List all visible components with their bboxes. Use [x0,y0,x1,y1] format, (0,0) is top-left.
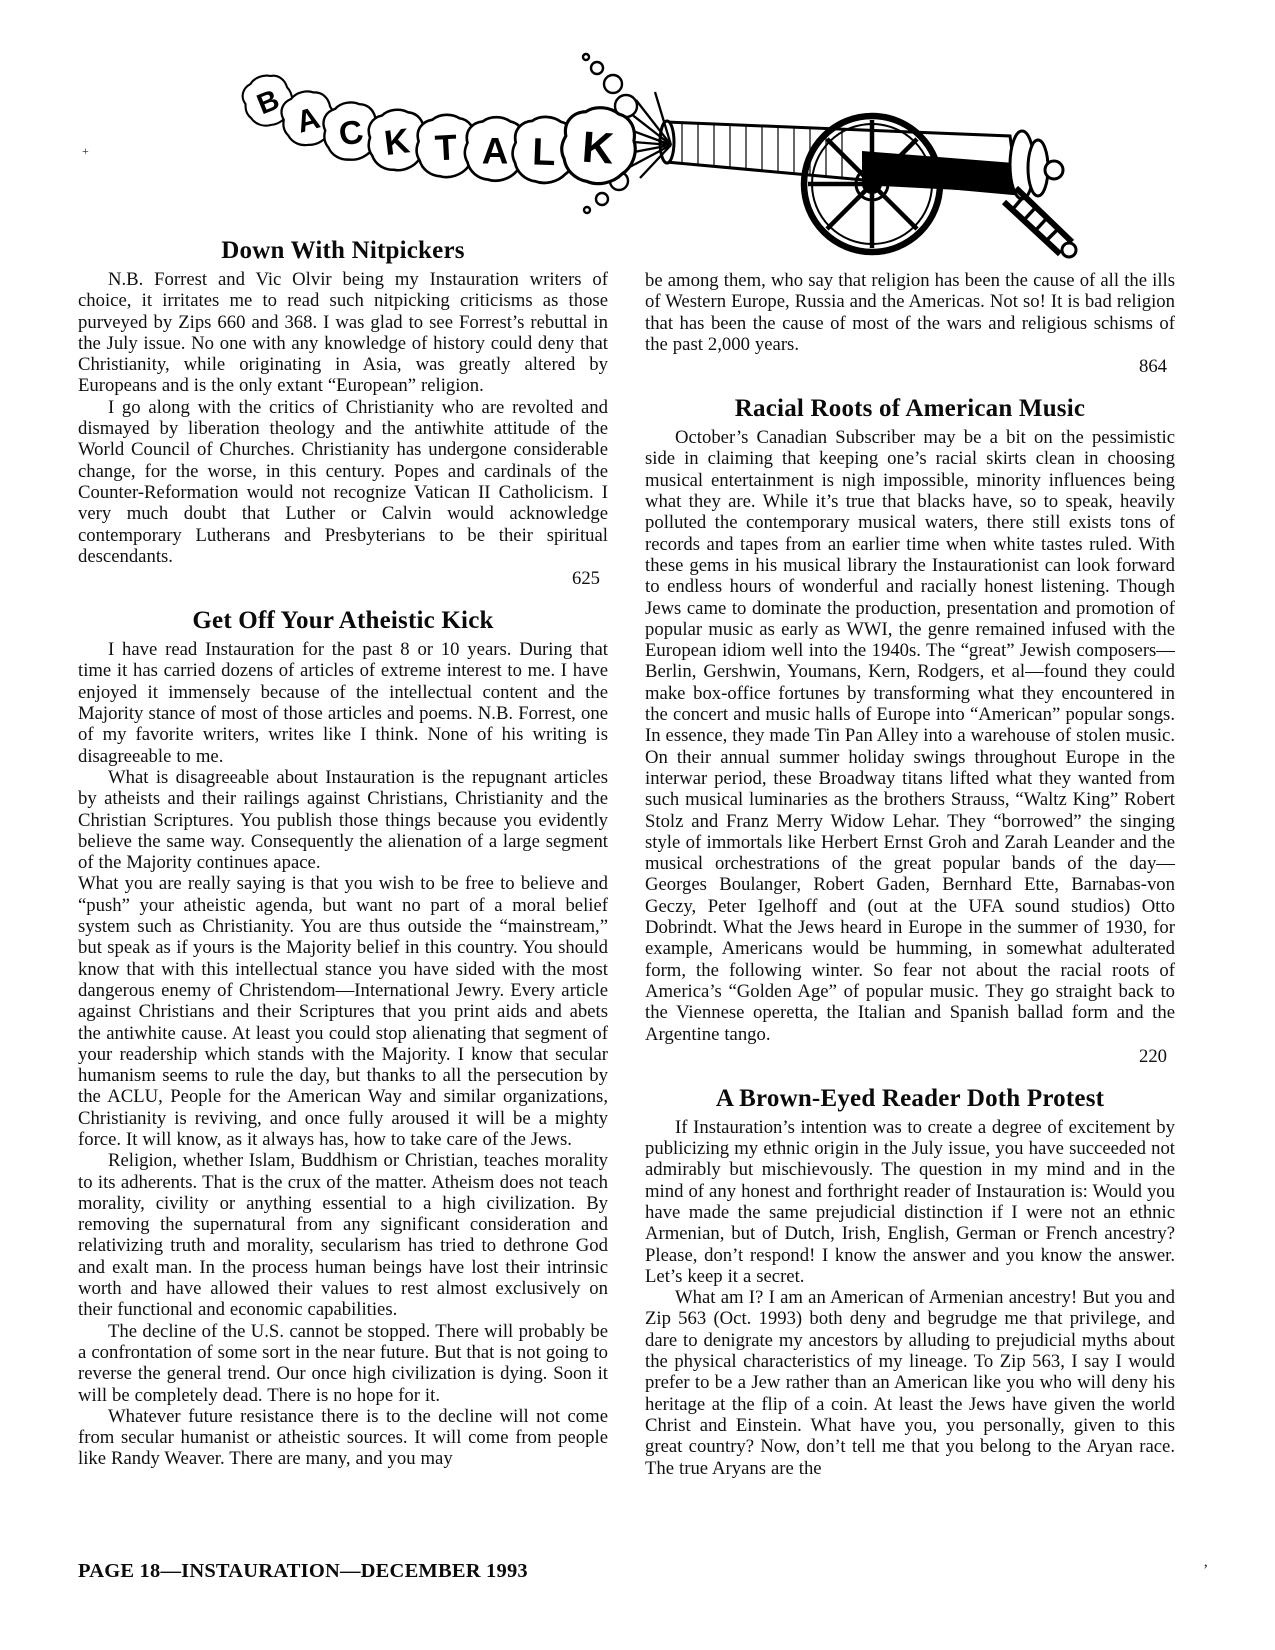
zip-signature: 220 [645,1046,1167,1068]
letter-paragraph: What am I? I am an American of Armenian … [645,1287,1175,1479]
zip-signature: 625 [78,568,600,590]
stray-mark-bottom-right: ’ [1203,1562,1208,1580]
letter-paragraph: October’s Canadian Subscriber may be a b… [645,427,1175,1045]
backtalk-masthead-cartoon: B A C K T A L [70,52,1080,267]
letter-paragraph-continuation: be among them, who say that religion has… [645,270,1175,355]
letter-k1: K [382,121,412,163]
letters-columns: Down With Nitpickers N.B. Forrest and Vi… [78,237,1175,1479]
letter-heading-racial-roots: Racial Roots of American Music [645,395,1175,423]
letter-paragraph: N.B. Forrest and Vic Olvir being my Inst… [78,269,608,397]
letter-t: T [434,126,458,168]
letter-paragraph: The decline of the U.S. cannot be stoppe… [78,1321,608,1406]
letter-paragraph: If Instauration’s intention was to creat… [645,1117,1175,1287]
letter-a2: A [482,130,509,171]
right-column: be among them, who say that religion has… [645,237,1175,1479]
magazine-page: + [0,0,1275,1650]
left-column: Down With Nitpickers N.B. Forrest and Vi… [78,237,608,1479]
cannon-barrel [660,121,1063,199]
letter-heading-brown-eyed-reader: A Brown-Eyed Reader Doth Protest [645,1085,1175,1113]
letter-paragraph: I go along with the critics of Christian… [78,397,608,567]
letter-paragraph: I have read Instauration for the past 8 … [78,639,608,767]
zip-signature: 864 [645,356,1167,378]
letter-paragraph: What you are really saying is that you w… [78,873,608,1150]
letter-heading-atheistic-kick: Get Off Your Atheistic Kick [78,607,608,635]
cannon-wheel [804,116,940,252]
letter-heading-down-with-nitpickers: Down With Nitpickers [78,237,608,265]
backtalk-letters: B A C K T A L [236,68,638,186]
letter-k2: K [580,123,615,174]
letter-l: L [532,130,557,174]
letter-paragraph: What is disagreeable about Instauration … [78,767,608,873]
letter-paragraph: Whatever future resistance there is to t… [78,1406,608,1470]
page-footer: PAGE 18—INSTAURATION—DECEMBER 1993 [78,1560,528,1583]
letter-paragraph: Religion, whether Islam, Buddhism or Chr… [78,1150,608,1320]
